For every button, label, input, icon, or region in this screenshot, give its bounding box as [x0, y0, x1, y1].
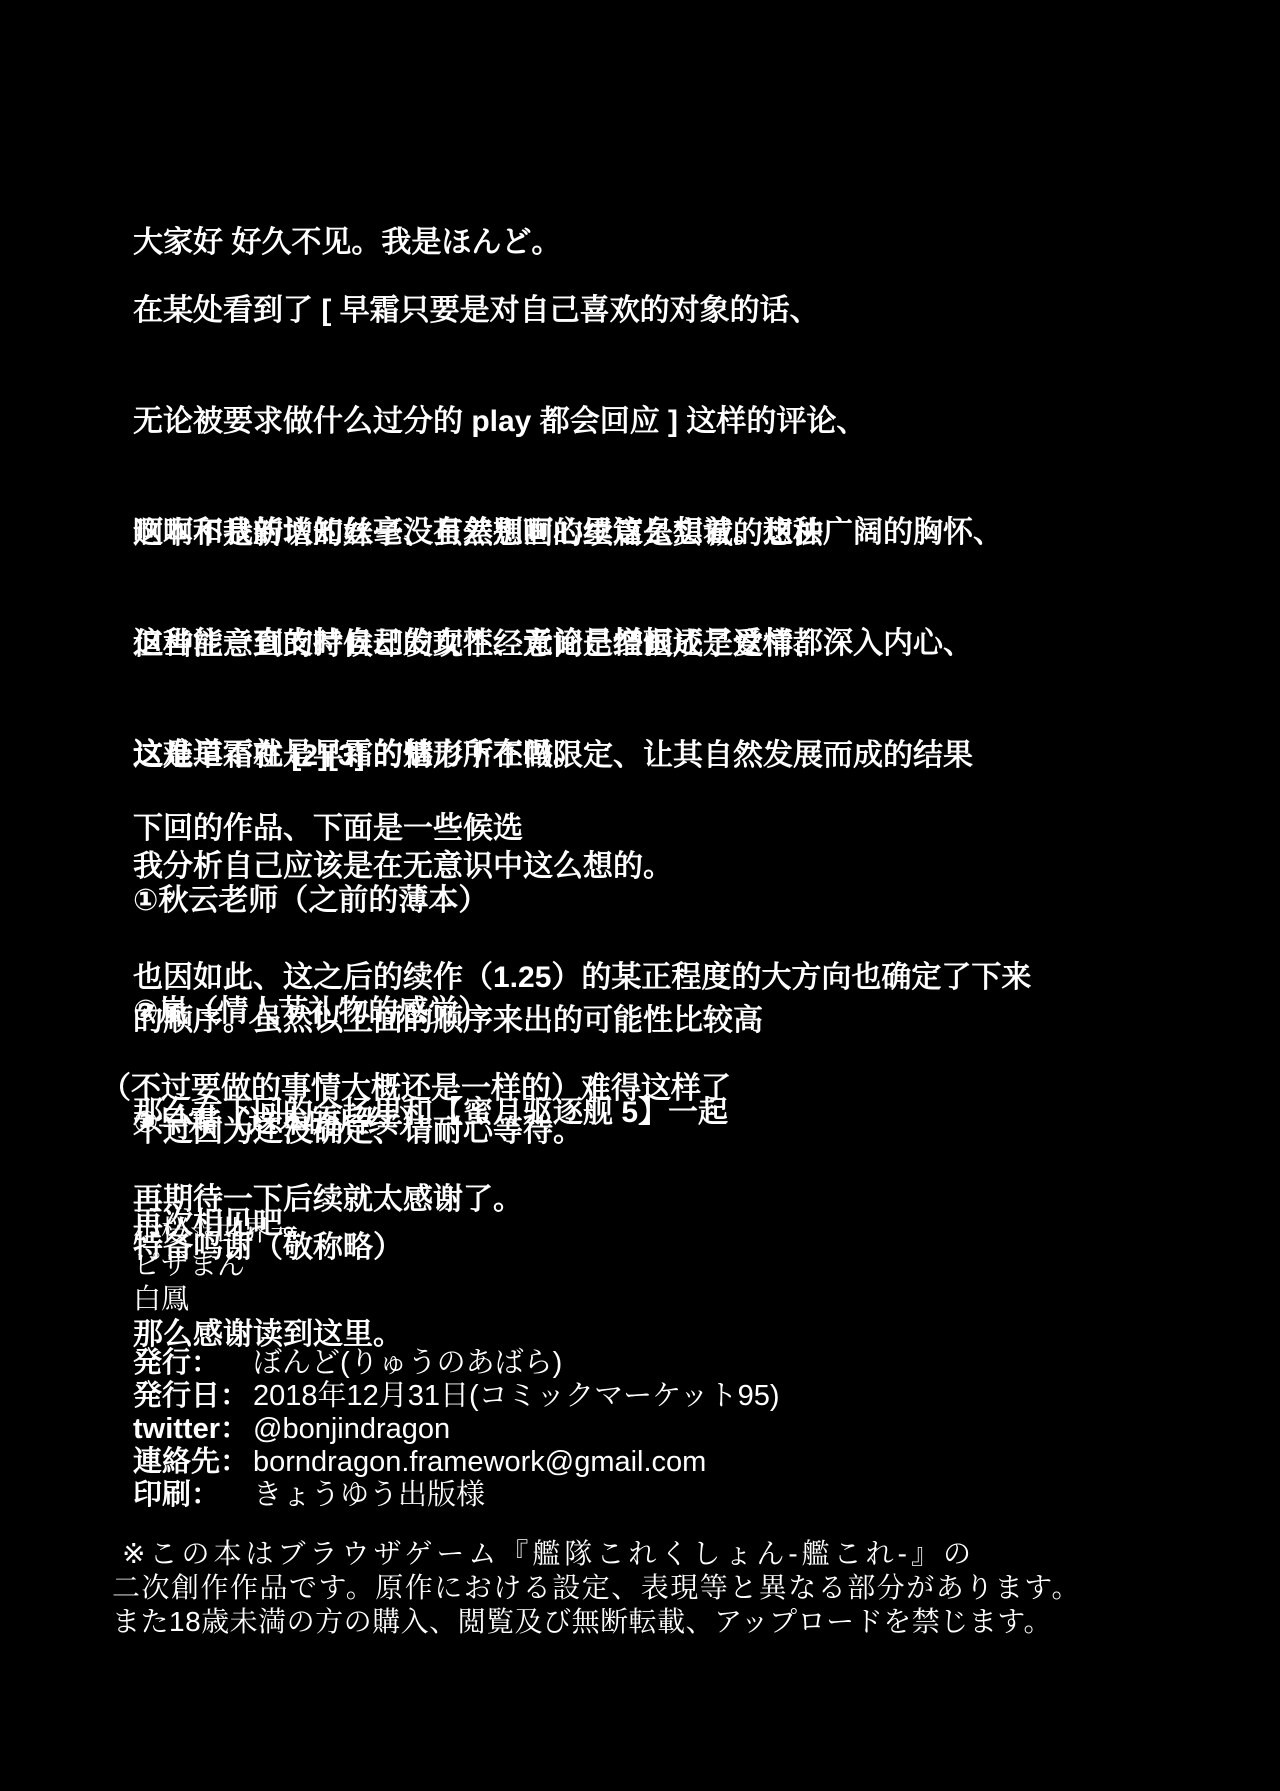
colophon-row: 発行： ぼんど(りゅうのあばら)	[133, 1347, 780, 1380]
book-line: 但当注意到的时候却发现不经意间已经画成了这样、	[133, 626, 1031, 663]
disclaimer-line: ※この本はブラウザゲーム『艦隊これくしょん-艦これ-』の	[112, 1537, 1081, 1571]
colophon-label: 印刷：	[133, 1479, 253, 1512]
colophon: 発行： ぼんど(りゅうのあばら) 発行日： 2018年12月31日(コミックマー…	[133, 1347, 780, 1512]
disclaimer: ※この本はブラウザゲーム『艦隊これくしょん-艦これ-』の 二次創作作品です。原作…	[112, 1537, 1081, 1639]
colophon-row: 印刷： きょうゆう出版様	[133, 1479, 780, 1512]
thanks-name: 白鳳	[133, 1282, 298, 1316]
colophon-row: 連絡先： borndragon.framework@gmail.com	[133, 1446, 780, 1479]
colophon-value-publish-date: 2018年12月31日(コミックマーケット95)	[253, 1380, 780, 1413]
colophon-row: 発行日： 2018年12月31日(コミックマーケット95)	[133, 1380, 780, 1413]
closing-line: 那么在下回的会场里和【蜜月驱逐舰 5】一起	[133, 1094, 728, 1131]
comment-line: 在某处看到了 [ 早霜只要是对自己喜欢的对象的话、	[133, 292, 1003, 329]
candidate-item: ①秋云老师（之前的薄本）	[133, 882, 488, 919]
comment-line: 无论被要求做什么过分的 play 都会回应 ] 这样的评论、	[133, 403, 1003, 440]
colophon-label: 発行：	[133, 1347, 253, 1380]
disclaimer-line: また18歳未満の方の購入、閲覧及び無断転載、アップロードを禁じます。	[112, 1605, 1081, 1639]
special-thanks-names: 小桜☆世界一 ピザまん 白鳳	[133, 1214, 298, 1316]
disclaimer-line: 二次創作作品です。原作における設定、表現等と異なる部分があります。	[112, 1571, 1081, 1605]
thanks-name: 小桜☆世界一	[133, 1214, 298, 1248]
colophon-value-twitter-handle: @bonjindragon	[253, 1413, 450, 1446]
colophon-label: 発行日：	[133, 1380, 253, 1413]
colophon-label: twitter：	[133, 1413, 253, 1446]
colophon-value-publisher: ぼんど(りゅうのあばら)	[253, 1347, 562, 1380]
colophon-row: twitter： @bonjindragon	[133, 1413, 780, 1446]
colophon-label: 連絡先：	[133, 1446, 253, 1479]
colophon-value-contact-email: borndragon.framework@gmail.com	[253, 1446, 706, 1479]
book-line: 这本不是新增的妹子、虽然想画的续篇是实诚的想法	[133, 515, 1031, 552]
colophon-value-printer: きょうゆう出版様	[253, 1479, 485, 1512]
afterword-page: 大家好 好久不见。我是ほんど。 在某处看到了 [ 早霜只要是对自己喜欢的对象的话…	[0, 0, 1280, 1791]
thanks-name: ピザまん	[133, 1248, 298, 1282]
